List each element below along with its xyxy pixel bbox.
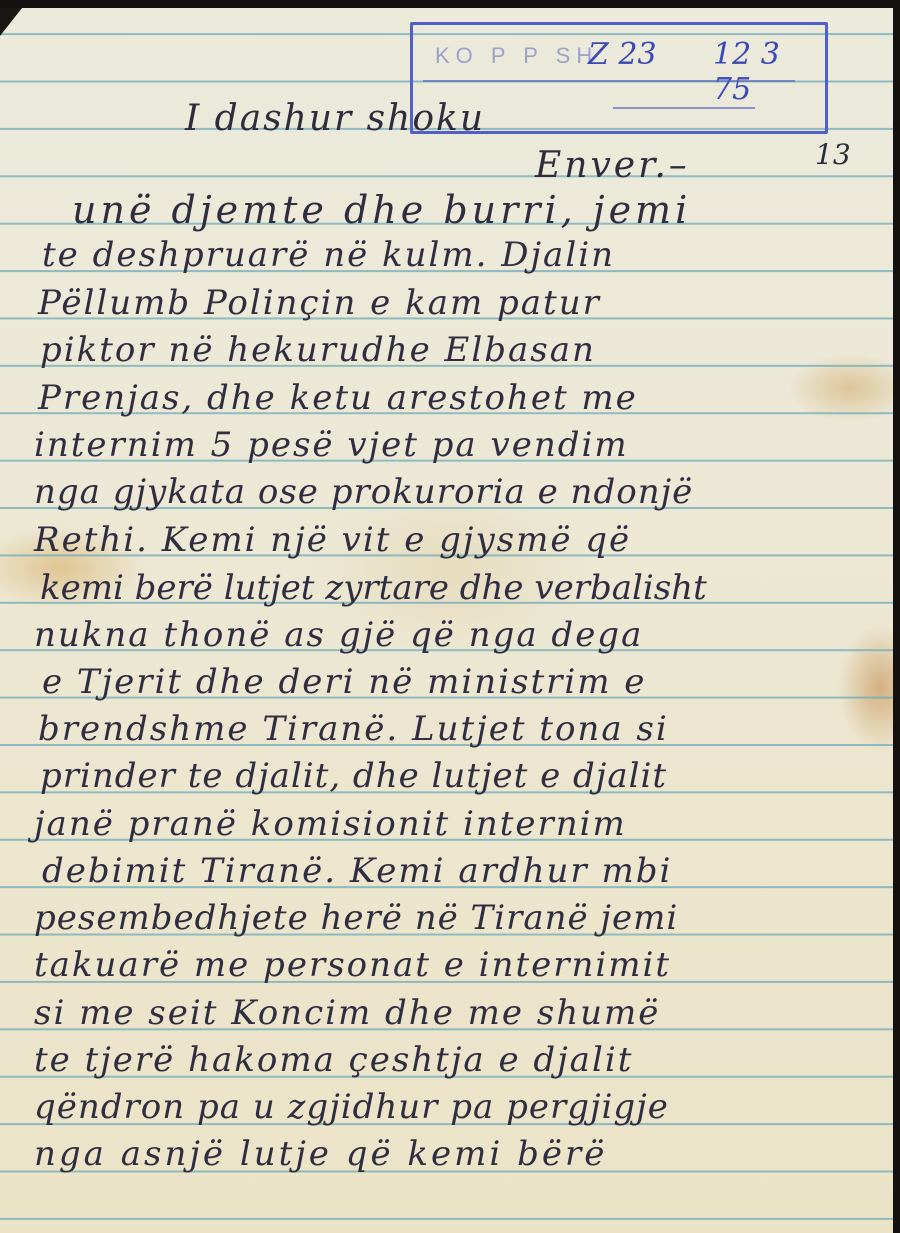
body-line: pesembedhjete herë në Tiranë jemi <box>34 898 678 938</box>
body-line: takuarë me personat e internimit <box>34 945 671 985</box>
body-line: nukna thonë as gjë që nga dega <box>34 615 643 655</box>
stamp-date: 12 3 75 <box>713 37 825 107</box>
scan-border-top <box>0 0 900 8</box>
body-line: internim 5 pesë vjet pa vendim <box>34 425 629 465</box>
body-line: e Tjerit dhe deri në ministrim e <box>42 662 646 702</box>
body-line: brendshme Tiranë. Lutjet tona si <box>38 709 669 749</box>
salutation: I dashur shoku <box>185 98 485 139</box>
body-line: prinder te djalit, dhe lutjet e djalit <box>40 756 667 796</box>
scan-border-right <box>893 0 900 1233</box>
body-line: Prenjas, dhe ketu arestohet me <box>38 378 638 418</box>
body-line: nga asnjë lutje që kemi bërë <box>34 1134 607 1174</box>
body-line: Rethi. Kemi një vit e gjysmë që <box>34 520 631 560</box>
body-line: si me seit Koncim dhe me shumë <box>34 993 660 1033</box>
body-line: janë pranë komisionit internim <box>34 804 627 844</box>
letter-page: KO P P SH Z 23 12 3 75 I dashur shoku En… <box>0 8 893 1233</box>
body-line: debimit Tiranë. Kemi ardhur mbi <box>42 851 672 891</box>
body-line: nga gjykata ose prokuroria e ndonjë <box>34 472 693 512</box>
body-line: te deshpruarë në kulm. Djalin <box>42 235 615 275</box>
body-line: Pëllumb Polinçin e kam patur <box>38 283 601 323</box>
addressee-name: Enver.– <box>535 145 690 186</box>
body-line: unë djemte dhe burri, jemi <box>72 188 691 232</box>
body-line: kemi berë lutjet zyrtare dhe verbalisht <box>40 568 707 608</box>
page-number: 13 <box>815 138 851 171</box>
body-line: qëndron pa u zgjidhur pa pergjigje <box>34 1087 669 1127</box>
stamp-divider <box>613 107 755 109</box>
stamp-divider <box>423 80 795 82</box>
body-line: te tjerë hakoma çeshtja e djalit <box>34 1040 633 1080</box>
stamp-registry-number: Z 23 <box>588 37 657 72</box>
body-line: piktor në hekurudhe Elbasan <box>40 330 596 370</box>
stamp-organization: KO P P SH <box>435 43 598 69</box>
